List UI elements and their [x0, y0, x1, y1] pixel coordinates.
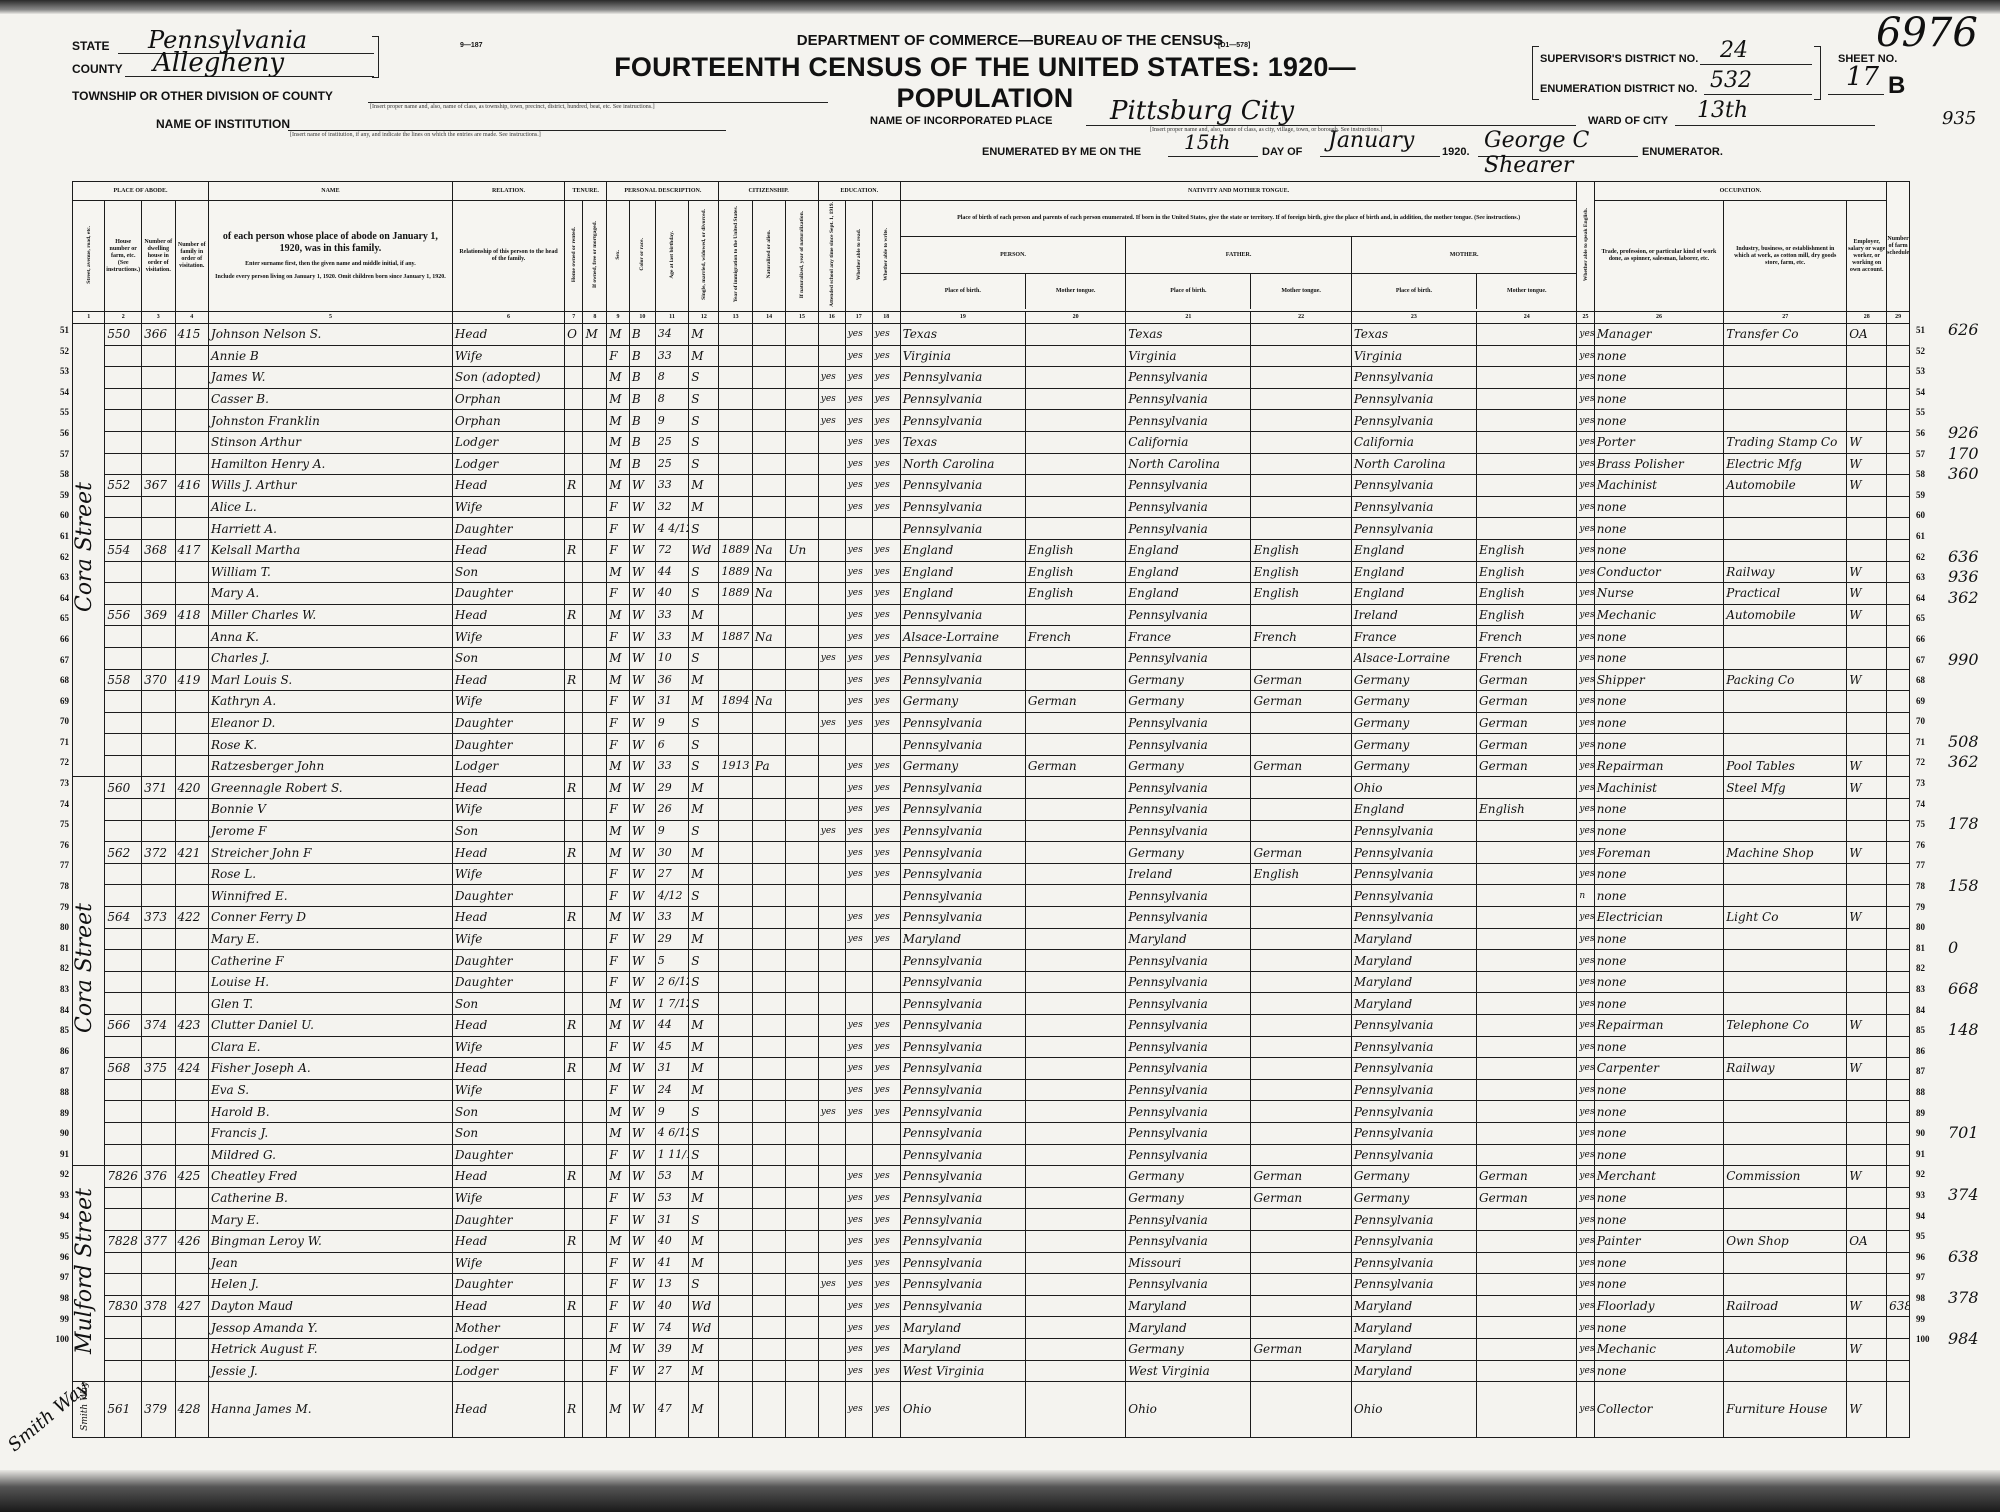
naturalized [752, 1360, 785, 1382]
marital-status: M [689, 1015, 719, 1037]
family-number [175, 928, 208, 950]
immigration-year [719, 971, 752, 993]
father-tongue: English [1251, 539, 1351, 561]
color-race: B [629, 453, 655, 475]
employment-class [1847, 712, 1887, 734]
sex: M [607, 993, 630, 1015]
father-birthplace: Germany [1126, 691, 1251, 713]
naturalized [752, 518, 785, 540]
immigration-year [719, 863, 752, 885]
enumerated-label: Enumerated by me on the [982, 146, 1141, 158]
street-name-cell: Cora Street [73, 777, 105, 1166]
father-birthplace: Pennsylvania [1126, 647, 1251, 669]
place-of-birth: Pennsylvania [900, 367, 1025, 389]
c5-instr: Enter surname first, then the given name… [215, 261, 446, 268]
line-number: 96 [1916, 1247, 1946, 1268]
color-race: W [629, 1338, 655, 1360]
age: 25 [655, 431, 688, 453]
trade: none [1594, 1360, 1724, 1382]
home-owned-rented [565, 1144, 583, 1166]
able-read [845, 734, 872, 756]
able-write: yes [872, 626, 900, 648]
mother-tongue-of-mother [1477, 928, 1577, 950]
place-of-birth: Pennsylvania [900, 647, 1025, 669]
immigration-year [719, 367, 752, 389]
dwelling-number [142, 626, 175, 648]
line-number: 72 [45, 752, 69, 773]
relation: Head [452, 842, 564, 864]
naturalized [752, 345, 785, 367]
naturalization-year [786, 1036, 818, 1058]
mother-birthplace: Pennsylvania [1351, 1209, 1476, 1231]
father-tongue [1251, 388, 1351, 410]
age: 47 [655, 1382, 688, 1438]
trade: none [1594, 367, 1724, 389]
family-number: 423 [175, 1015, 208, 1037]
relation: Wife [452, 1252, 564, 1274]
color-race: W [629, 691, 655, 713]
able-write: yes [872, 453, 900, 475]
ward-field: 13th [1675, 110, 1875, 126]
line-number: 57 [45, 444, 69, 465]
marital-status: S [689, 1144, 719, 1166]
marital-status: Wd [689, 539, 719, 561]
age: 4/12 [655, 885, 688, 907]
speaks-english: yes [1577, 993, 1594, 1015]
table-row: Eleanor D.DaughterFW9SyesyesyesPennsylva… [73, 712, 1910, 734]
naturalized [752, 496, 785, 518]
person-name: Streicher John F [208, 842, 452, 864]
employment-class [1847, 1209, 1887, 1231]
color-race: W [629, 1015, 655, 1037]
father-birthplace: Pennsylvania [1126, 712, 1251, 734]
ward-label: Ward of city [1588, 115, 1668, 127]
mother-tongue [1025, 1360, 1125, 1382]
able-read: yes [845, 410, 872, 432]
able-read [845, 1144, 872, 1166]
naturalization-year [786, 345, 818, 367]
farm-schedule [1887, 928, 1910, 950]
marital-status: S [689, 453, 719, 475]
home-owned-rented: R [565, 1230, 583, 1252]
father-tongue: English [1251, 583, 1351, 605]
trade: Mechanic [1594, 1338, 1724, 1360]
family-number [175, 1317, 208, 1339]
able-write [872, 950, 900, 972]
relation: Lodger [452, 453, 564, 475]
employment-class [1847, 1079, 1887, 1101]
col-num: 19 [900, 312, 1025, 324]
house-number [105, 1144, 142, 1166]
mother-tongue [1025, 928, 1125, 950]
color-race: W [629, 518, 655, 540]
relation: Head [452, 669, 564, 691]
able-read: yes [845, 1187, 872, 1209]
line-numbers-right: 5152535455565758596061626364656667686970… [1916, 320, 1946, 1350]
industry: Railroad [1724, 1295, 1847, 1317]
marital-status: M [689, 1252, 719, 1274]
able-read [845, 971, 872, 993]
line-number: 81 [1916, 938, 1946, 959]
mother-label: MOTHER. [1352, 238, 1577, 274]
relation: Lodger [452, 1360, 564, 1382]
line-number: 96 [45, 1247, 69, 1268]
farm-schedule [1887, 1230, 1910, 1252]
line-number: 85 [1916, 1020, 1946, 1041]
home-owned-rented [565, 1360, 583, 1382]
family-number [175, 431, 208, 453]
mother-tongue-of-mother [1477, 1295, 1577, 1317]
brace [1814, 46, 1821, 100]
person-name: Bonnie V [208, 799, 452, 821]
trade: none [1594, 712, 1724, 734]
header-c1: Street, avenue, road, etc. [73, 201, 105, 312]
speaks-english: yes [1577, 863, 1594, 885]
place-of-birth: Texas [900, 431, 1025, 453]
relation: Son [452, 561, 564, 583]
home-owned-rented: R [565, 1166, 583, 1188]
sex: M [607, 669, 630, 691]
family-number [175, 1252, 208, 1274]
line-number: 89 [45, 1103, 69, 1124]
house-number [105, 496, 142, 518]
trade: none [1594, 410, 1724, 432]
naturalization-year [786, 1317, 818, 1339]
margin-note [1948, 629, 2000, 650]
line-number: 88 [45, 1082, 69, 1103]
sex: M [607, 842, 630, 864]
color-race: B [629, 431, 655, 453]
line-number: 74 [1916, 794, 1946, 815]
mother-tongue-of-mother: German [1477, 669, 1577, 691]
mother-birthplace: Pennsylvania [1351, 820, 1476, 842]
place-of-birth: Pennsylvania [900, 1230, 1025, 1252]
trade: none [1594, 1144, 1724, 1166]
line-number: 55 [1916, 402, 1946, 423]
place-of-birth: Pennsylvania [900, 1274, 1025, 1296]
person-name: Jean [208, 1252, 452, 1274]
attended-school: yes [818, 820, 845, 842]
marital-status: Wd [689, 1295, 719, 1317]
person-name: Kelsall Martha [208, 539, 452, 561]
table-row: Glen T.SonMW1 7/12SPennsylvaniaPennsylva… [73, 993, 1910, 1015]
mother-tongue-of-mother [1477, 1274, 1577, 1296]
table-row: Clara E.WifeFW45MyesyesPennsylvaniaPenns… [73, 1036, 1910, 1058]
mother-tongue-of-mother [1477, 1101, 1577, 1123]
father-tongue [1251, 712, 1351, 734]
col-num: 26 [1594, 312, 1724, 324]
immigration-year [719, 1036, 752, 1058]
farm-schedule [1887, 993, 1910, 1015]
immigration-year [719, 1274, 752, 1296]
employment-class [1847, 950, 1887, 972]
industry: Practical [1724, 583, 1847, 605]
farm-schedule [1887, 907, 1910, 929]
margin-note: 990 [1948, 650, 2000, 671]
naturalized [752, 863, 785, 885]
color-race: W [629, 907, 655, 929]
line-number: 90 [45, 1123, 69, 1144]
line-number: 91 [1916, 1144, 1946, 1165]
speaks-english: yes [1577, 712, 1594, 734]
able-read: yes [845, 1274, 872, 1296]
father-birthplace: Pennsylvania [1126, 1036, 1251, 1058]
dwelling-number: 366 [142, 324, 175, 346]
dwelling-number [142, 1079, 175, 1101]
farm-schedule [1887, 1360, 1910, 1382]
line-number: 76 [1916, 835, 1946, 856]
naturalized: Na [752, 583, 785, 605]
home-owned-rented: R [565, 475, 583, 497]
relation: Wife [452, 1079, 564, 1101]
house-number [105, 345, 142, 367]
marital-status: M [689, 799, 719, 821]
father-tongue [1251, 993, 1351, 1015]
color-race: W [629, 1122, 655, 1144]
house-number [105, 1187, 142, 1209]
person-name: Wills J. Arthur [208, 475, 452, 497]
attended-school [818, 453, 845, 475]
home-owned-rented: R [565, 842, 583, 864]
industry [1724, 1360, 1847, 1382]
marital-status: M [689, 1382, 719, 1438]
able-read: yes [845, 431, 872, 453]
person-name: Clutter Daniel U. [208, 1015, 452, 1037]
industry [1724, 691, 1847, 713]
col-num: 14 [752, 312, 785, 324]
place-of-birth: Maryland [900, 1338, 1025, 1360]
table-row: Annie BWifeFB33MyesyesVirginiaVirginiaVi… [73, 345, 1910, 367]
age: 36 [655, 669, 688, 691]
house-number [105, 453, 142, 475]
col-num: 13 [719, 312, 752, 324]
header-c5: of each person whose place of abode on J… [208, 201, 452, 312]
col-num: 24 [1477, 312, 1577, 324]
family-number [175, 1101, 208, 1123]
color-race: W [629, 647, 655, 669]
home-owned-rented [565, 410, 583, 432]
col-num: 10 [629, 312, 655, 324]
home-owned-rented [565, 518, 583, 540]
able-read: yes [845, 367, 872, 389]
family-number [175, 950, 208, 972]
immigration-year [719, 907, 752, 929]
attended-school [818, 734, 845, 756]
age: 31 [655, 1058, 688, 1080]
farm-schedule [1887, 431, 1910, 453]
trade: none [1594, 518, 1724, 540]
place-of-birth: Pennsylvania [900, 1209, 1025, 1231]
speaks-english: yes [1577, 1295, 1594, 1317]
relation: Daughter [452, 1144, 564, 1166]
family-number: 415 [175, 324, 208, 346]
immigration-year [719, 475, 752, 497]
mother-tongue-of-mother [1477, 1230, 1577, 1252]
sex: M [607, 453, 630, 475]
dwelling-number [142, 453, 175, 475]
sheet-number: 17 [1846, 62, 1879, 92]
person-name: Charles J. [208, 647, 452, 669]
margin-note [1948, 670, 2000, 691]
able-write [872, 518, 900, 540]
naturalized: Na [752, 561, 785, 583]
trade: Manager [1594, 324, 1724, 346]
family-number [175, 410, 208, 432]
age: 33 [655, 907, 688, 929]
farm-schedule [1887, 1209, 1910, 1231]
father-tongue [1251, 324, 1351, 346]
mother-tongue [1025, 388, 1125, 410]
employment-class: W [1847, 1166, 1887, 1188]
sex: F [607, 626, 630, 648]
sex: F [607, 518, 630, 540]
margin-number: 935 [1942, 108, 1976, 129]
speaks-english: yes [1577, 496, 1594, 518]
relation: Lodger [452, 755, 564, 777]
trade: none [1594, 1317, 1724, 1339]
employment-class: W [1847, 669, 1887, 691]
owned-free-mortgaged [583, 561, 607, 583]
naturalization-year [786, 669, 818, 691]
line-number: 64 [45, 588, 69, 609]
immigration-year [719, 1122, 752, 1144]
employment-class [1847, 647, 1887, 669]
father-tongue [1251, 1122, 1351, 1144]
line-number: 54 [1916, 382, 1946, 403]
line-number: 98 [1916, 1288, 1946, 1309]
family-number [175, 1338, 208, 1360]
marital-status: S [689, 950, 719, 972]
place-of-birth: Germany [900, 755, 1025, 777]
speaks-english: yes [1577, 410, 1594, 432]
family-number: 421 [175, 842, 208, 864]
mother-tongue-of-mother [1477, 777, 1577, 799]
naturalization-year [786, 431, 818, 453]
dwelling-number: 376 [142, 1166, 175, 1188]
marital-status: M [689, 1079, 719, 1101]
relation: Head [452, 539, 564, 561]
father-birthplace: Germany [1126, 669, 1251, 691]
dwelling-number [142, 647, 175, 669]
mother-birthplace: Maryland [1351, 971, 1476, 993]
house-number [105, 626, 142, 648]
house-number [105, 1122, 142, 1144]
header-person: PERSON. Place of birth.Mother tongue. [900, 236, 1126, 311]
father-tongue [1251, 950, 1351, 972]
house-number [105, 885, 142, 907]
table-row: Cora Street560371420Greennagle Robert S.… [73, 777, 1910, 799]
person-name: Jessop Amanda Y. [208, 1317, 452, 1339]
relation: Daughter [452, 518, 564, 540]
place-of-birth: Pennsylvania [900, 475, 1025, 497]
dwelling-number [142, 1252, 175, 1274]
col-num: 1 [73, 312, 105, 324]
able-write: yes [872, 777, 900, 799]
mother-birthplace: Texas [1351, 324, 1476, 346]
able-write: yes [872, 691, 900, 713]
speaks-english: yes [1577, 604, 1594, 626]
person-name: Francis J. [208, 1122, 452, 1144]
attended-school [818, 1079, 845, 1101]
mother-tongue [1025, 1101, 1125, 1123]
line-number: 51 [1916, 320, 1946, 341]
father-birthplace: Pennsylvania [1126, 1015, 1251, 1037]
trade: Machinist [1594, 475, 1724, 497]
dwelling-number [142, 950, 175, 972]
able-read: yes [845, 1295, 872, 1317]
mother-birthplace: England [1351, 799, 1476, 821]
line-number: 99 [45, 1309, 69, 1330]
trade: none [1594, 928, 1724, 950]
attended-school [818, 1317, 845, 1339]
immigration-year [719, 1338, 752, 1360]
speaks-english: yes [1577, 820, 1594, 842]
home-owned-rented [565, 712, 583, 734]
margin-note: 148 [1948, 1020, 2000, 1041]
marital-status: S [689, 647, 719, 669]
age: 29 [655, 928, 688, 950]
marital-status: M [689, 475, 719, 497]
table-row: Johnston FranklinOrphanMB9SyesyesyesPenn… [73, 410, 1910, 432]
dwelling-number [142, 1144, 175, 1166]
margin-notes: 6269261703606369363629905083621781580668… [1948, 320, 2000, 1350]
header-c15: If naturalized, year of naturalization. [786, 201, 818, 312]
house-number: 556 [105, 604, 142, 626]
home-owned-rented: R [565, 907, 583, 929]
family-number [175, 691, 208, 713]
naturalized [752, 1295, 785, 1317]
col-num: 17 [845, 312, 872, 324]
farm-schedule [1887, 1338, 1910, 1360]
industry: Packing Co [1724, 669, 1847, 691]
immigration-year [719, 1058, 752, 1080]
able-read: yes [845, 1230, 872, 1252]
table-row: Louise H.DaughterFW2 6/12SPennsylvaniaPe… [73, 971, 1910, 993]
margin-note [1948, 1041, 2000, 1062]
dwelling-number [142, 367, 175, 389]
naturalized: Na [752, 539, 785, 561]
age: 9 [655, 1101, 688, 1123]
margin-note [1948, 1082, 2000, 1103]
owned-free-mortgaged [583, 1230, 607, 1252]
trade: Nurse [1594, 583, 1724, 605]
place-of-birth: Pennsylvania [900, 993, 1025, 1015]
age: 24 [655, 1079, 688, 1101]
father-birthplace: Pennsylvania [1126, 799, 1251, 821]
able-read: yes [845, 1317, 872, 1339]
trade: none [1594, 691, 1724, 713]
line-number: 69 [1916, 691, 1946, 712]
employment-class: W [1847, 583, 1887, 605]
employment-class [1847, 799, 1887, 821]
family-number [175, 1209, 208, 1231]
speaks-english: yes [1577, 626, 1594, 648]
place-of-birth: Alsace-Lorraine [900, 626, 1025, 648]
family-number [175, 1122, 208, 1144]
employment-class [1847, 1036, 1887, 1058]
owned-free-mortgaged [583, 518, 607, 540]
immigration-year [719, 712, 752, 734]
house-number [105, 993, 142, 1015]
dwelling-number [142, 1338, 175, 1360]
relation: Wife [452, 863, 564, 885]
immigration-year [719, 1166, 752, 1188]
speaks-english: yes [1577, 1360, 1594, 1382]
family-number: 425 [175, 1166, 208, 1188]
farm-schedule [1887, 583, 1910, 605]
c13-label: Year of immigration to the United States… [733, 206, 739, 302]
margin-note [1948, 1103, 2000, 1124]
